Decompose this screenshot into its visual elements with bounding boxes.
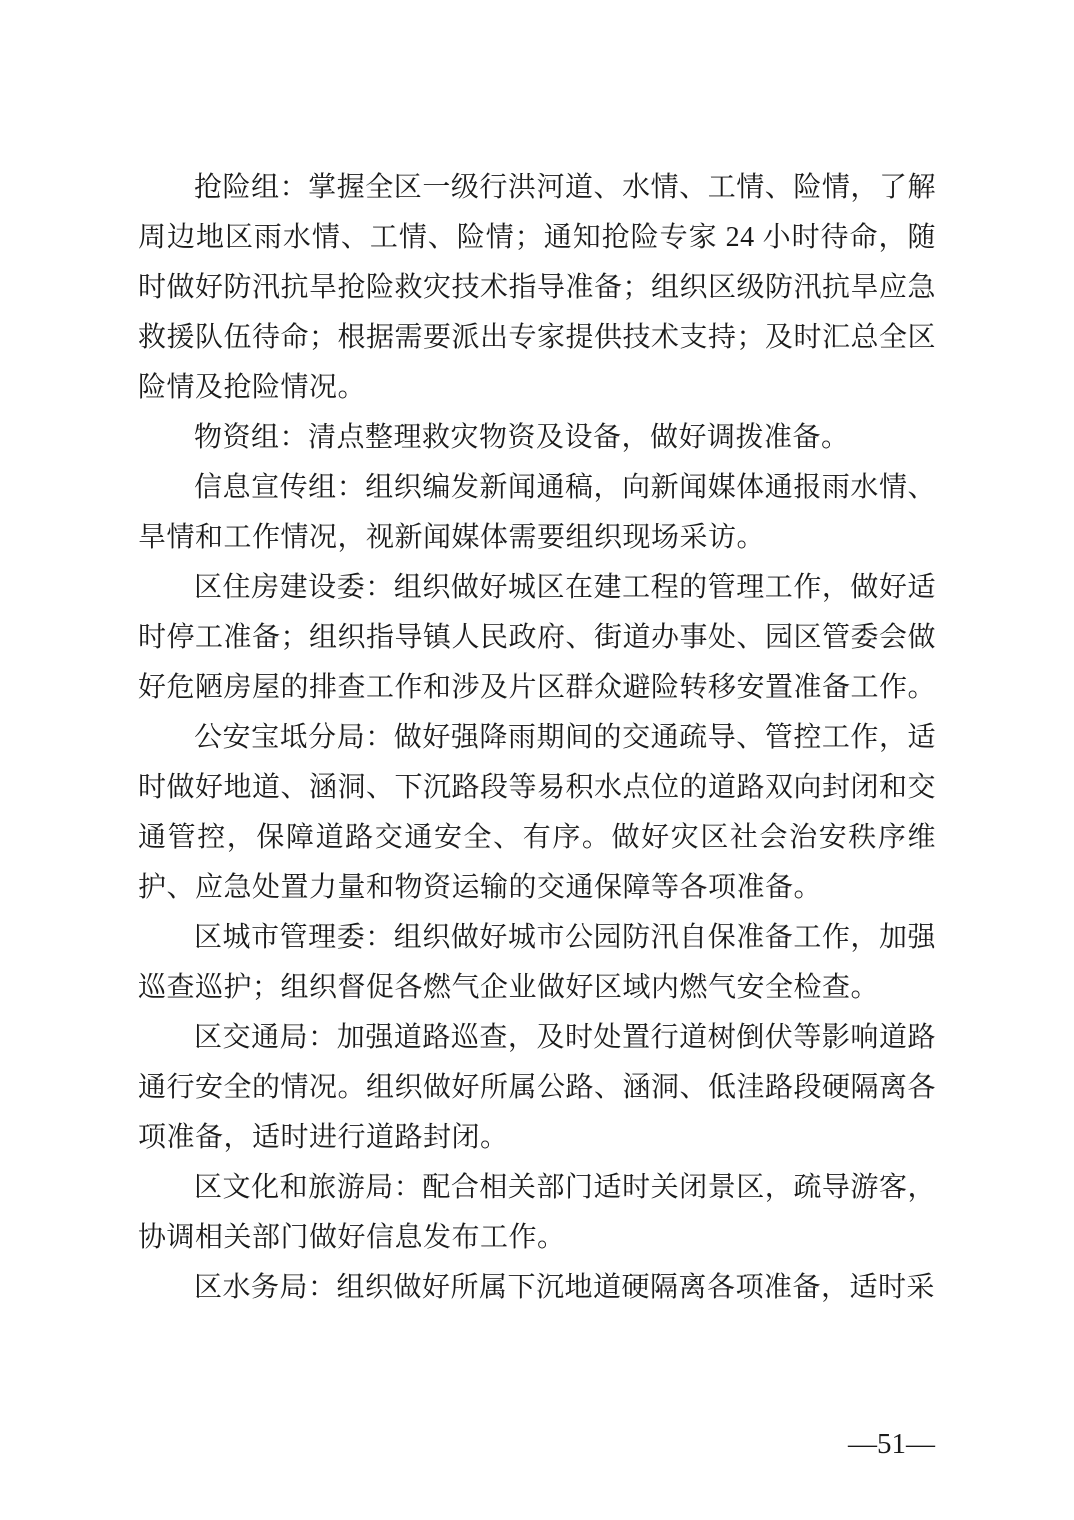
paragraph-housing-construction-committee: 区住房建设委：组织做好城区在建工程的管理工作，做好适时停工准备；组织指导镇人民政… xyxy=(138,563,936,713)
page-number: —51— xyxy=(848,1424,948,1464)
paragraph-water-affairs-bureau: 区水务局：组织做好所属下沉地道硬隔离各项准备，适时采 xyxy=(138,1263,936,1313)
document-page: 抢险组：掌握全区一级行洪河道、水情、工情、险情，了解周边地区雨水情、工情、险情；… xyxy=(0,0,1074,1520)
paragraph-urban-management-committee: 区城市管理委：组织做好城市公园防汛自保准备工作，加强巡查巡护；组织督促各燃气企业… xyxy=(138,913,936,1013)
document-body: 抢险组：掌握全区一级行洪河道、水情、工情、险情，了解周边地区雨水情、工情、险情；… xyxy=(138,163,936,1313)
paragraph-transportation-bureau: 区交通局：加强道路巡查，及时处置行道树倒伏等影响道路通行安全的情况。组织做好所属… xyxy=(138,1013,936,1163)
paragraph-rescue-group: 抢险组：掌握全区一级行洪河道、水情、工情、险情，了解周边地区雨水情、工情、险情；… xyxy=(138,163,936,413)
paragraph-information-publicity-group: 信息宣传组：组织编发新闻通稿，向新闻媒体通报雨水情、旱情和工作情况，视新闻媒体需… xyxy=(138,463,936,563)
paragraph-culture-tourism-bureau: 区文化和旅游局：配合相关部门适时关闭景区，疏导游客，协调相关部门做好信息发布工作… xyxy=(138,1163,936,1263)
paragraph-supplies-group: 物资组：清点整理救灾物资及设备，做好调拨准备。 xyxy=(138,413,936,463)
paragraph-public-security-baodi-branch: 公安宝坻分局：做好强降雨期间的交通疏导、管控工作，适时做好地道、涵洞、下沉路段等… xyxy=(138,713,936,913)
